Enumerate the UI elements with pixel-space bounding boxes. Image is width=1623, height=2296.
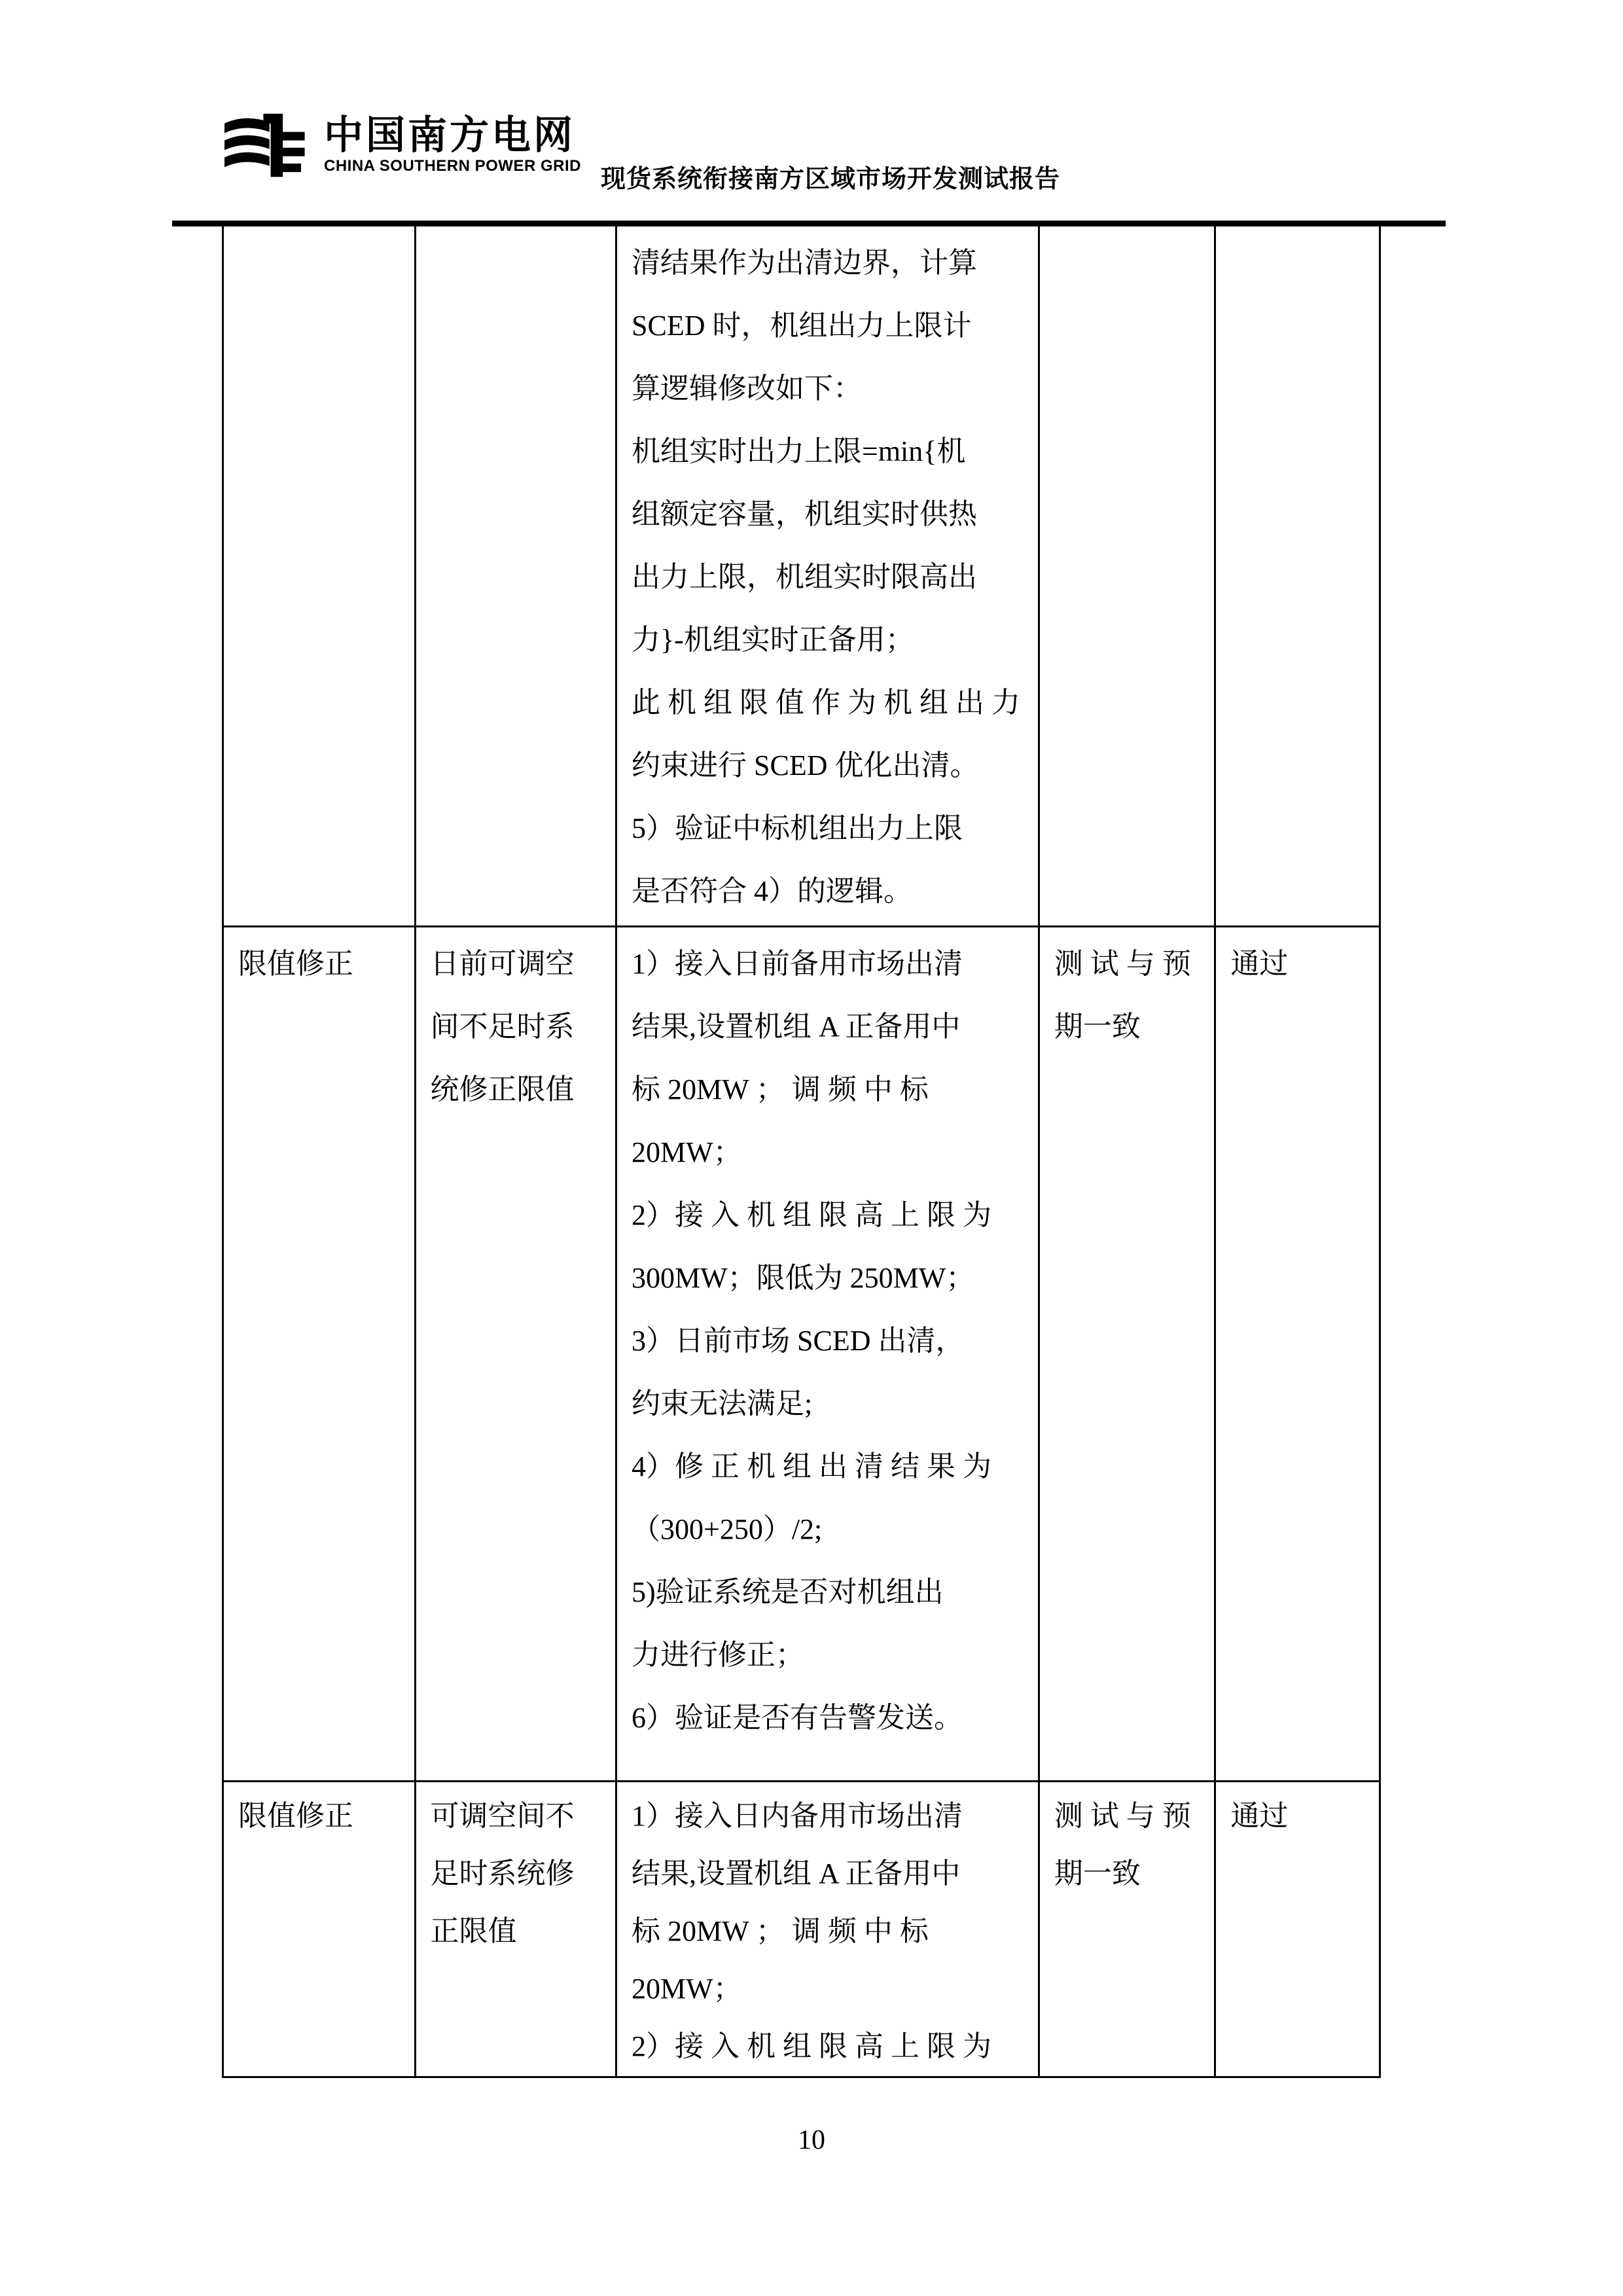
cell-test-result <box>1040 226 1217 927</box>
table-row: 限值修正 日前可调空 间不足时系 统修正限值 1）接入日前备用市场出清 结果,设… <box>224 927 1379 1782</box>
logo-name-en: CHINA SOUTHERN POWER GRID <box>324 157 581 175</box>
cell-test-conclusion: 通过 <box>1216 927 1379 1782</box>
cell-test-scenario: 日前可调空 间不足时系 统修正限值 <box>416 927 617 1782</box>
cell-test-item <box>224 226 416 927</box>
test-case-table: 清结果作为出清边界，计算 SCED 时，机组出力上限计 算逻辑修改如下： 机组实… <box>222 226 1381 2078</box>
table-row: 限值修正 可调空间不 足时系统修 正限值 1）接入日内备用市场出清 结果,设置机… <box>224 1782 1379 2076</box>
company-logo: 中国南方电网 CHINA SOUTHERN POWER GRID <box>224 113 581 178</box>
cell-test-conclusion: 通过 <box>1216 1782 1379 2076</box>
cell-test-steps: 1）接入日内备用市场出清 结果,设置机组 A 正备用中 标 20MW ； 调 频… <box>617 1782 1040 2076</box>
cell-test-conclusion <box>1216 226 1379 927</box>
page-number: 10 <box>0 2125 1623 2156</box>
cell-test-item: 限值修正 <box>224 1782 416 2076</box>
csg-grid-logo-icon <box>224 113 310 178</box>
cell-test-scenario <box>416 226 617 927</box>
logo-text-block: 中国南方电网 CHINA SOUTHERN POWER GRID <box>324 113 581 175</box>
report-page: 中国南方电网 CHINA SOUTHERN POWER GRID 现货系统衔接南… <box>0 0 1623 2296</box>
header-rule <box>172 221 1446 226</box>
table-row-continued: 清结果作为出清边界，计算 SCED 时，机组出力上限计 算逻辑修改如下： 机组实… <box>224 226 1379 927</box>
document-title: 现货系统衔接南方区域市场开发测试报告 <box>601 158 1060 194</box>
cell-test-scenario: 可调空间不 足时系统修 正限值 <box>416 1782 617 2076</box>
cell-test-result: 测 试 与 预 期一致 <box>1040 1782 1217 2076</box>
cell-test-item: 限值修正 <box>224 927 416 1782</box>
cell-test-steps: 1）接入日前备用市场出清 结果,设置机组 A 正备用中 标 20MW ； 调 频… <box>617 927 1040 1782</box>
cell-test-steps: 清结果作为出清边界，计算 SCED 时，机组出力上限计 算逻辑修改如下： 机组实… <box>617 226 1040 927</box>
logo-name-cn: 中国南方电网 <box>324 114 581 157</box>
cell-test-result: 测 试 与 预 期一致 <box>1040 927 1217 1782</box>
